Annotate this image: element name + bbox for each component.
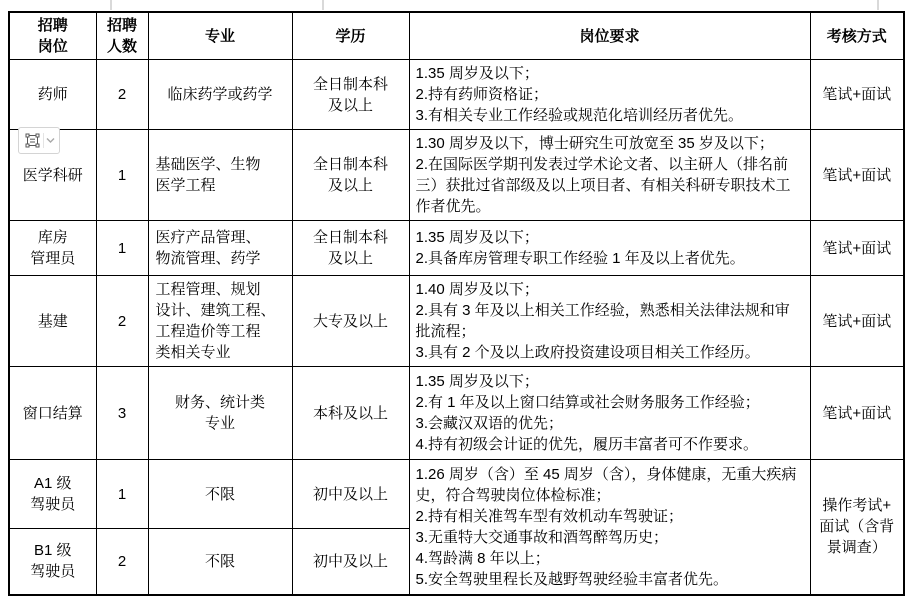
requirements-cell: 1.40 周岁及以下； 2.具有 3 年及以上相关工作经验，熟悉相关法律法规和审… xyxy=(409,276,810,367)
requirement-item: 2.持有相关准驾车型有效机动车驾驶证； xyxy=(416,506,804,527)
widget-divider xyxy=(43,133,44,148)
requirements-cell: 1.35 周岁及以下； 2.有 1 年及以上窗口结算或社会财务服务工作经验； 3… xyxy=(409,367,810,460)
education-cell: 本科及以上 xyxy=(292,367,409,460)
requirement-item: 1.35 周岁及以下； xyxy=(416,227,804,248)
education-cell: 全日制本科 及以上 xyxy=(292,130,409,221)
table-select-widget[interactable] xyxy=(18,127,60,154)
major-cell: 不限 xyxy=(148,529,292,595)
assessment-cell: 笔试+面试 xyxy=(810,130,904,221)
requirement-item: 1.35 周岁及以下； xyxy=(416,371,804,392)
education-cell: 初中及以上 xyxy=(292,529,409,595)
requirement-item: 4.驾龄满 8 年以上； xyxy=(416,548,804,569)
table-row: A1 级 驾驶员 1 不限 初中及以上 1.26 周岁（含）至 45 周岁（含）… xyxy=(9,460,904,529)
requirement-item: 2.具备库房管理专职工作经验 1 年及以上者优先。 xyxy=(416,248,804,269)
assessment-cell: 笔试+面试 xyxy=(810,221,904,276)
requirement-item: 4.持有初级会计证的优先，履历丰富者可不作要求。 xyxy=(416,434,804,455)
header-major: 专业 xyxy=(148,12,292,60)
headcount-cell: 2 xyxy=(96,60,148,130)
recruitment-table: 招聘 岗位 招聘 人数 专业 学历 岗位要求 考核方式 药师 2 临床药学或药学… xyxy=(8,11,905,596)
table-select-icon xyxy=(24,132,41,149)
assessment-cell: 笔试+面试 xyxy=(810,60,904,130)
chevron-down-icon[interactable] xyxy=(46,137,55,144)
requirement-item: 1.26 周岁（含）至 45 周岁（含），身体健康，无重大疾病史，符合驾驶岗位体… xyxy=(416,464,804,506)
position-cell: 基建 xyxy=(9,276,96,367)
education-cell: 全日制本科 及以上 xyxy=(292,221,409,276)
requirement-item: 5.安全驾驶里程长及越野驾驶经验丰富者优先。 xyxy=(416,569,804,590)
requirement-item: 3.会藏汉双语的优先； xyxy=(416,413,804,434)
requirement-item: 1.30 周岁及以下，博士研究生可放宽至 35 岁及以下； xyxy=(416,133,804,154)
requirement-item: 1.40 周岁及以下； xyxy=(416,279,804,300)
major-cell: 临床药学或药学 xyxy=(148,60,292,130)
major-cell: 基础医学、生物 医学工程 xyxy=(148,130,292,221)
position-cell: 库房 管理员 xyxy=(9,221,96,276)
header-education: 学历 xyxy=(292,12,409,60)
table-row: 基建 2 工程管理、规划 设计、建筑工程、 工程造价等工程 类相关专业 大专及以… xyxy=(9,276,904,367)
column-guide-tick xyxy=(322,0,324,10)
position-cell: B1 级 驾驶员 xyxy=(9,529,96,595)
requirements-cell: 1.35 周岁及以下； 2.持有药师资格证； 3.有相关专业工作经验或规范化培训… xyxy=(409,60,810,130)
assessment-cell: 笔试+面试 xyxy=(810,367,904,460)
table-row: 库房 管理员 1 医疗产品管理、 物流管理、药学 全日制本科 及以上 1.35 … xyxy=(9,221,904,276)
requirement-item: 2.具有 3 年及以上相关工作经验，熟悉相关法律法规和审批流程； xyxy=(416,300,804,342)
position-cell: 窗口结算 xyxy=(9,367,96,460)
requirements-cell: 1.35 周岁及以下； 2.具备库房管理专职工作经验 1 年及以上者优先。 xyxy=(409,221,810,276)
education-cell: 初中及以上 xyxy=(292,460,409,529)
headcount-cell: 1 xyxy=(96,221,148,276)
requirement-item: 3.无重特大交通事故和酒驾醉驾历史； xyxy=(416,527,804,548)
column-guide-tick xyxy=(877,0,879,10)
header-position: 招聘 岗位 xyxy=(9,12,96,60)
education-cell: 全日制本科 及以上 xyxy=(292,60,409,130)
requirement-item: 3.具有 2 个及以上政府投资建设项目相关工作经历。 xyxy=(416,342,804,363)
assessment-cell: 笔试+面试 xyxy=(810,276,904,367)
requirement-item: 3.有相关专业工作经验或规范化培训经历者优先。 xyxy=(416,105,804,126)
major-cell: 工程管理、规划 设计、建筑工程、 工程造价等工程 类相关专业 xyxy=(148,276,292,367)
table-row: 医学科研 1 基础医学、生物 医学工程 全日制本科 及以上 1.30 周岁及以下… xyxy=(9,130,904,221)
headcount-cell: 2 xyxy=(96,529,148,595)
headcount-cell: 1 xyxy=(96,130,148,221)
headcount-cell: 2 xyxy=(96,276,148,367)
header-headcount: 招聘 人数 xyxy=(96,12,148,60)
position-cell: 药师 xyxy=(9,60,96,130)
requirement-item: 1.35 周岁及以下； xyxy=(416,63,804,84)
table-row: 窗口结算 3 财务、统计类 专业 本科及以上 1.35 周岁及以下； 2.有 1… xyxy=(9,367,904,460)
table-header-row: 招聘 岗位 招聘 人数 专业 学历 岗位要求 考核方式 xyxy=(9,12,904,60)
major-cell: 不限 xyxy=(148,460,292,529)
requirement-item: 2.有 1 年及以上窗口结算或社会财务服务工作经验； xyxy=(416,392,804,413)
position-cell: A1 级 驾驶员 xyxy=(9,460,96,529)
education-cell: 大专及以上 xyxy=(292,276,409,367)
requirements-cell-merged: 1.26 周岁（含）至 45 周岁（含），身体健康，无重大疾病史，符合驾驶岗位体… xyxy=(409,460,810,595)
requirements-cell: 1.30 周岁及以下，博士研究生可放宽至 35 岁及以下； 2.在国际医学期刊发… xyxy=(409,130,810,221)
major-cell: 财务、统计类 专业 xyxy=(148,367,292,460)
requirement-item: 2.在国际医学期刊发表过学术论文者、以主研人（排名前三）获批过省部级及以上项目者… xyxy=(416,154,804,217)
column-guide-tick xyxy=(110,0,112,10)
assessment-cell-merged: 操作考试+ 面试（含背 景调查） xyxy=(810,460,904,595)
headcount-cell: 3 xyxy=(96,367,148,460)
header-requirements: 岗位要求 xyxy=(409,12,810,60)
header-assessment: 考核方式 xyxy=(810,12,904,60)
table-row: 药师 2 临床药学或药学 全日制本科 及以上 1.35 周岁及以下； 2.持有药… xyxy=(9,60,904,130)
major-cell: 医疗产品管理、 物流管理、药学 xyxy=(148,221,292,276)
headcount-cell: 1 xyxy=(96,460,148,529)
requirement-item: 2.持有药师资格证； xyxy=(416,84,804,105)
